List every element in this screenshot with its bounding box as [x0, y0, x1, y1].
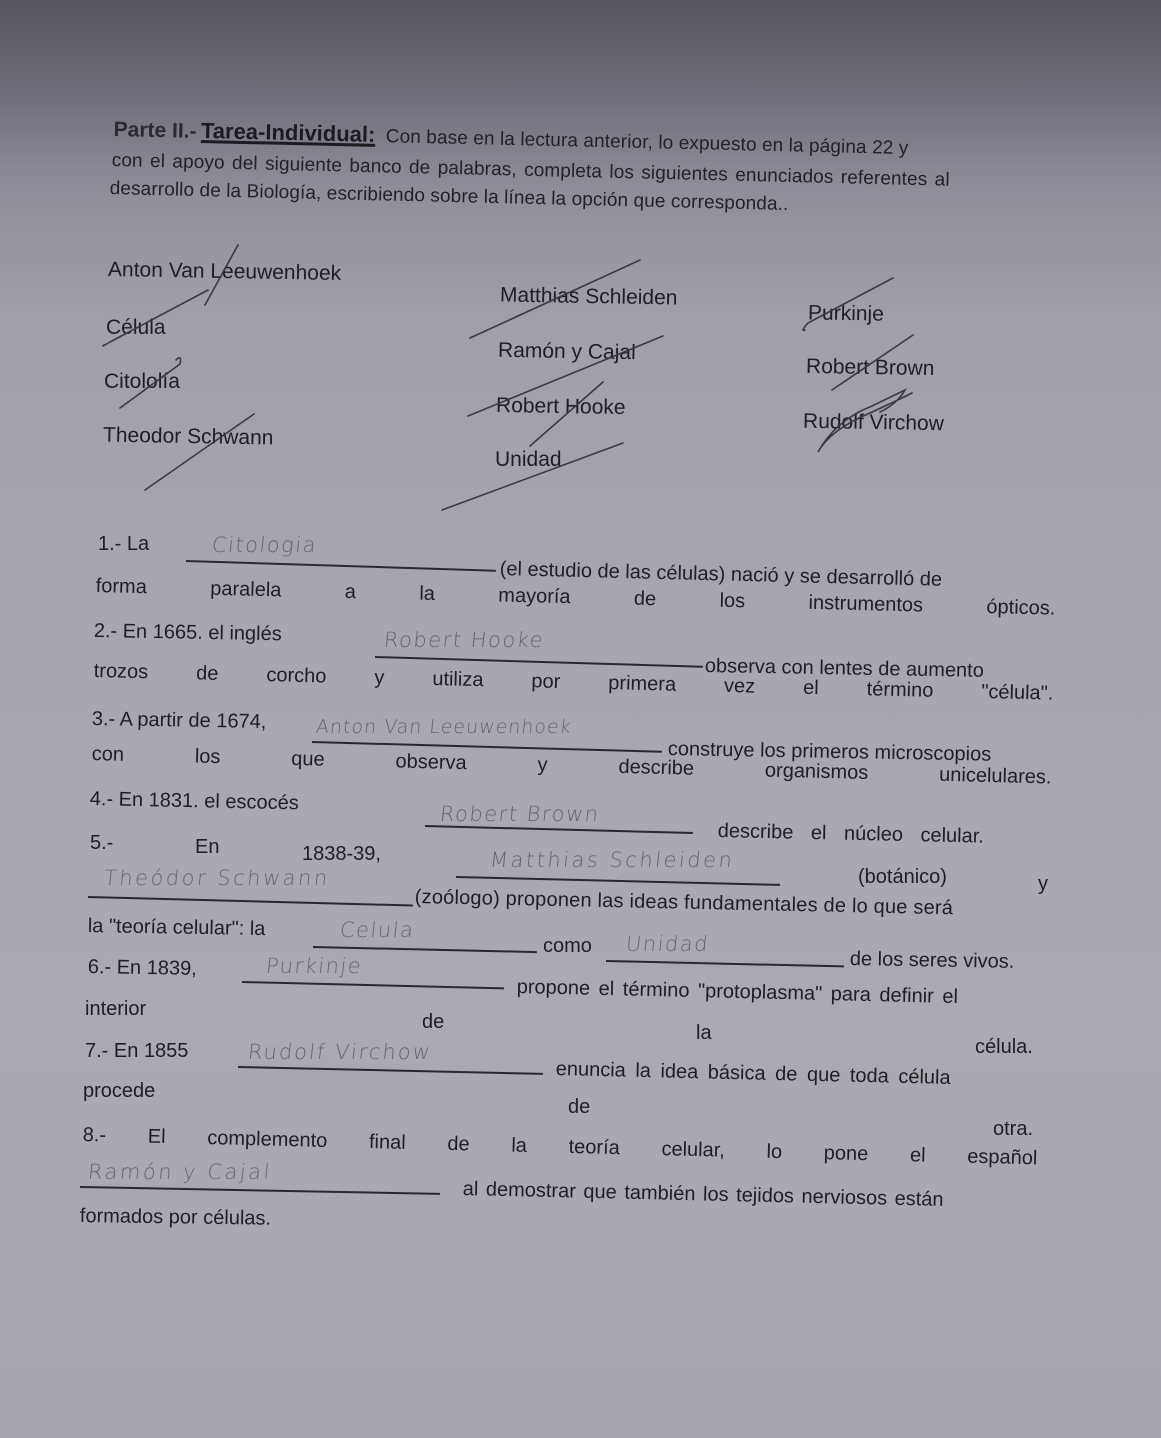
answer-blank-5d[interactable] [606, 960, 844, 967]
word: utiliza [432, 668, 484, 692]
question-7-word: de [568, 1096, 590, 1119]
word-bank-item: Citololía [104, 370, 180, 394]
word: trozos [93, 660, 148, 684]
word: forma [95, 575, 147, 599]
handwritten-answer-5c: Celula [339, 918, 416, 942]
question-8-text: al demostrar que también los tejidos ner… [462, 1178, 1038, 1214]
word: primera [608, 672, 676, 697]
question-7-word: otra. [993, 1118, 1033, 1141]
word: la [419, 583, 435, 606]
word: final [369, 1131, 406, 1155]
word: corcho [266, 664, 327, 688]
answer-blank-5c[interactable] [313, 946, 537, 953]
word: instrumentos [808, 592, 923, 618]
answer-blank-8[interactable] [80, 1186, 440, 1195]
answer-blank-6[interactable] [242, 981, 504, 989]
word-bank-item: Ramón y Cajal [498, 339, 636, 365]
question-5-como: como [543, 935, 592, 958]
handwritten-answer-2: Robert Hooke [383, 628, 546, 652]
word: paralela [210, 578, 282, 603]
question-5-text: (zoólogo) proponen las ideas fundamental… [415, 886, 954, 920]
question-4-text: describe el núcleo celular. [718, 820, 1050, 850]
section-title: Tarea-Individual: [201, 118, 376, 147]
word: 8.- [82, 1124, 106, 1148]
word: término [866, 678, 933, 703]
word: describe [618, 756, 694, 781]
word-bank-item: Theodor Schwann [103, 424, 274, 451]
question-2-start: 2.- En 1665. el inglés [94, 620, 282, 646]
word-bank-item: Anton Van Leeuwenhoek [108, 258, 342, 286]
handwritten-answer-6: Purkinje [265, 954, 364, 978]
word: observa [395, 750, 467, 775]
word: organismos [765, 759, 869, 785]
word-bank-item: Robert Brown [806, 355, 935, 381]
word: "célula". [981, 681, 1054, 706]
word: unicelulares. [939, 764, 1052, 790]
word: con [91, 743, 124, 767]
question-5-botanico: (botánico) [858, 866, 947, 889]
handwritten-answer-4: Robert Brown [439, 802, 601, 826]
question-6-word: de [422, 1011, 444, 1034]
question-8-line-3: formados por células. [80, 1205, 272, 1231]
word: teoría [568, 1136, 620, 1160]
handwritten-answer-5d: Unidad [625, 932, 711, 956]
word: por [531, 670, 560, 694]
answer-blank-2[interactable] [375, 656, 703, 668]
answer-blank-5a[interactable] [456, 876, 780, 886]
question-6-word: la [696, 1022, 712, 1045]
word-bank-item: Rudolf Virchow [803, 410, 944, 436]
question-6-word: célula. [975, 1036, 1033, 1059]
question-3-start: 3.- A partir de 1674, [92, 708, 267, 734]
word: español [967, 1146, 1038, 1171]
question-5-y: y [1038, 873, 1048, 896]
question-7-text: enuncia la idea básica de que toda célul… [555, 1058, 1041, 1092]
handwritten-answer-5b: Theódor Schwann [103, 866, 331, 890]
word: y [374, 667, 385, 690]
answer-blank-1[interactable] [186, 560, 496, 572]
word: ópticos. [986, 596, 1055, 621]
handwritten-answer-8: Ramón y Cajal [87, 1160, 273, 1184]
question-7-start: 7.- En 1855 [85, 1040, 188, 1063]
question-5-end: de los seres vivos. [850, 948, 1015, 974]
word: y [537, 754, 548, 777]
word: celular, [661, 1138, 725, 1163]
word: complemento [207, 1127, 328, 1153]
handwritten-answer-7: Rudolf Virchow [247, 1040, 433, 1064]
question-6-text: propone el término "protoplasma" para de… [516, 976, 1042, 1011]
handwritten-answer-3: Anton Van Leeuwenhoek [315, 716, 573, 738]
word: vez [724, 675, 756, 699]
word-bank-item: Célula [106, 316, 166, 340]
question-6-start: 6.- En 1839, [88, 956, 197, 981]
word: el [803, 677, 819, 700]
word: de [196, 662, 219, 686]
word: de [634, 588, 657, 612]
word: lo [766, 1141, 782, 1164]
word: El [147, 1126, 165, 1149]
word: pone [824, 1142, 869, 1166]
handwritten-answer-1: Citologia [211, 533, 319, 557]
question-5-year: 1838-39, [302, 843, 381, 866]
word-bank-item: Robert Hooke [496, 394, 626, 420]
word-bank-item: Purkinje [808, 301, 884, 326]
question-5-number: 5.- [90, 832, 113, 855]
answer-blank-4[interactable] [425, 825, 693, 834]
question-7-word: procede [83, 1080, 155, 1103]
intro-text-line-1: Con base en la lectura anterior, lo expu… [386, 126, 909, 159]
word: la [511, 1134, 527, 1157]
handwritten-answer-5a: Matthias Schleiden [489, 848, 736, 872]
question-4-start: 4.- En 1831. el escocés [90, 788, 420, 818]
word-bank-item: Matthias Schleiden [500, 283, 678, 310]
word: mayoría [498, 584, 571, 609]
word: los [719, 590, 745, 614]
answer-blank-5b[interactable] [88, 896, 413, 907]
word: los [195, 746, 221, 770]
word: de [447, 1133, 470, 1157]
question-5-line-3: la "teoría celular": la [88, 915, 266, 941]
worksheet-page: Parte II.- Tarea-Individual: Con base en… [0, 0, 1161, 1438]
word-bank-item: Unidad [495, 448, 562, 472]
answer-blank-7[interactable] [238, 1066, 543, 1075]
word: el [910, 1144, 926, 1167]
word: a [345, 581, 357, 604]
question-1-start: 1.- La [98, 533, 149, 556]
word: que [291, 748, 325, 772]
section-prefix: Parte II.- [113, 118, 196, 143]
question-5-en: En [195, 836, 219, 859]
question-6-word: interior [85, 998, 146, 1021]
